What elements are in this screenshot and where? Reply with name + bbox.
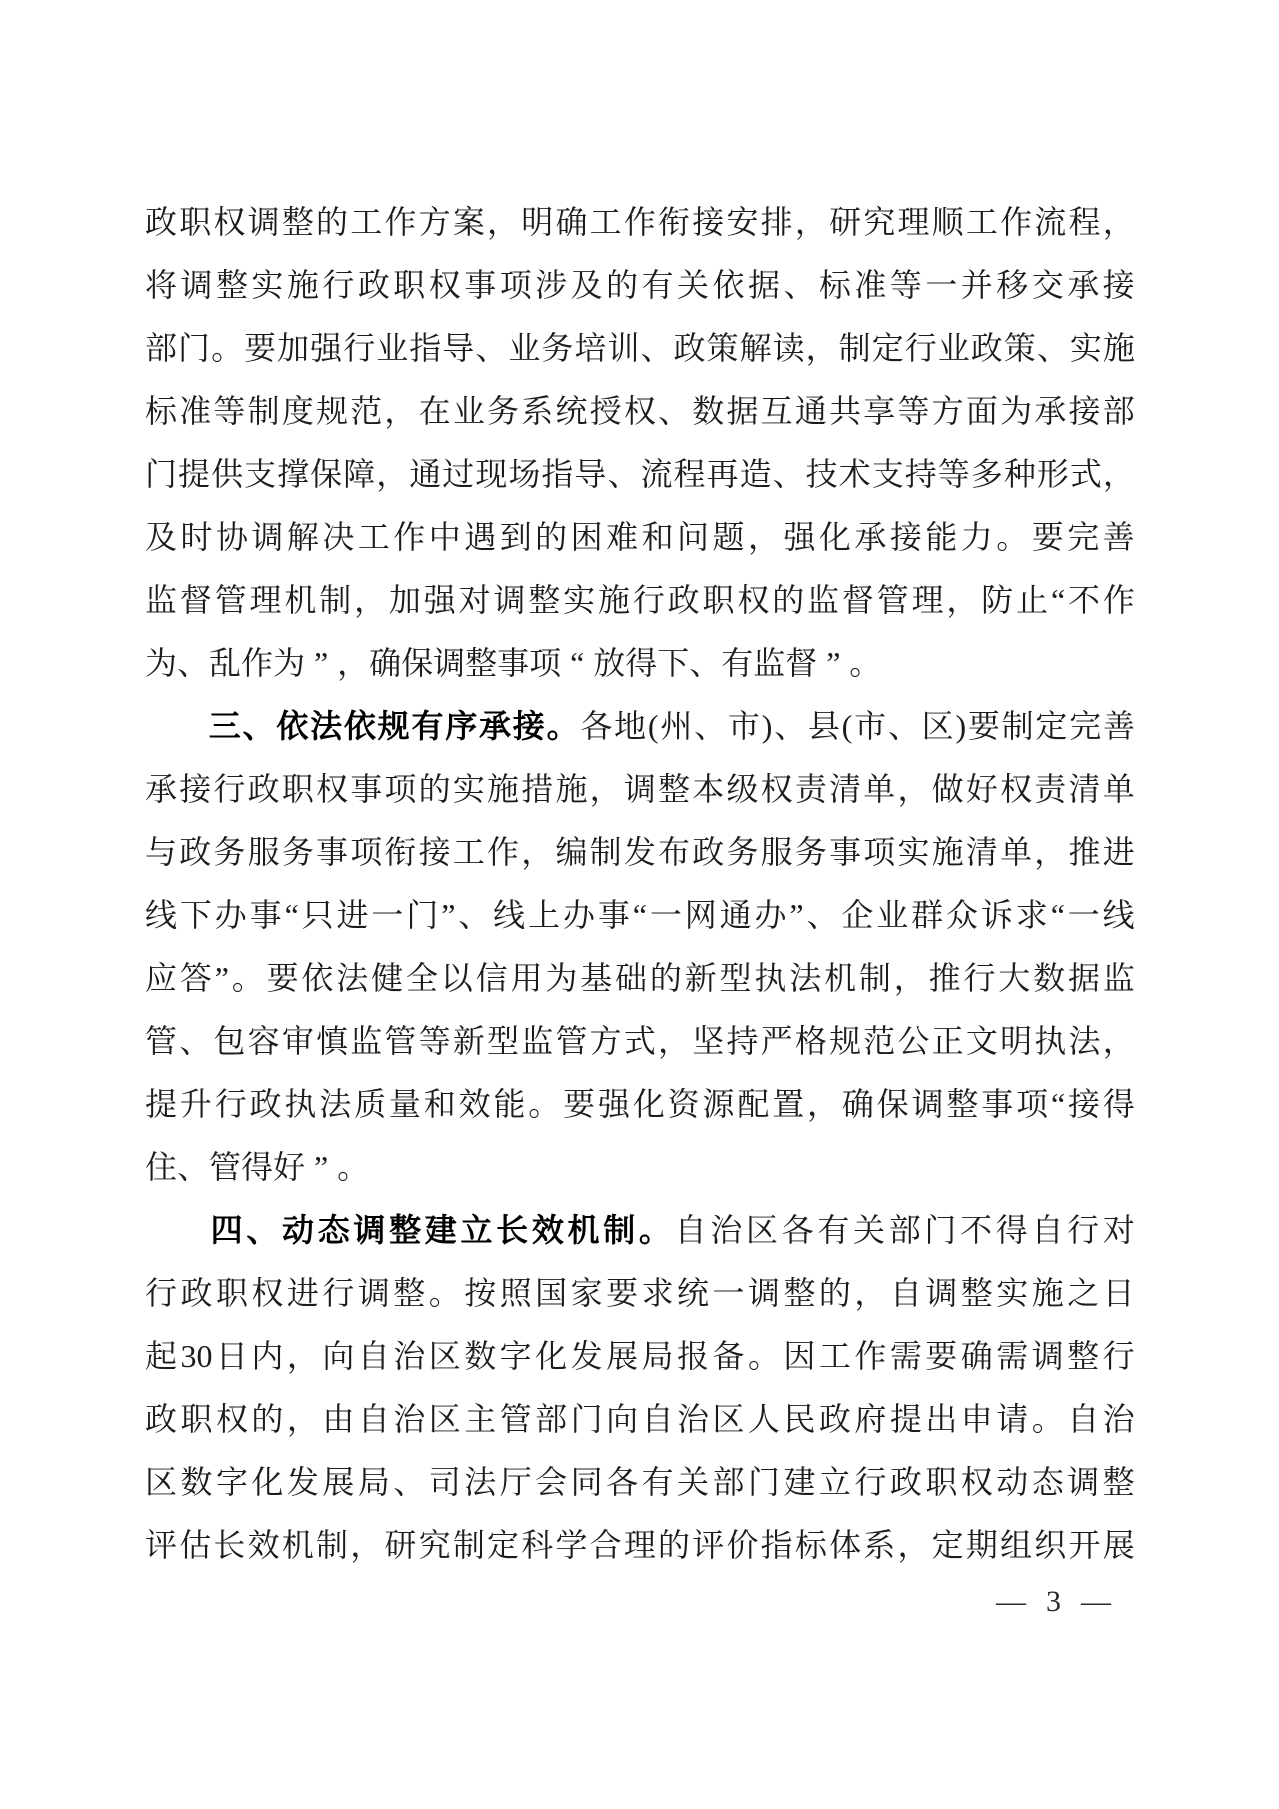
body-char: 权 — [761, 773, 793, 805]
body-char: 门 — [178, 332, 210, 364]
body-char: 有 — [721, 647, 753, 679]
text-line: 监督管理机制，加强对调整实施行政职权的监督管理，防止“不作 — [145, 568, 1135, 631]
body-char: ” — [817, 647, 849, 679]
body-char: 工 — [358, 521, 390, 553]
body-char: 理 — [624, 1529, 656, 1561]
body-char: 推 — [929, 962, 961, 994]
body-char: 政 — [179, 836, 211, 868]
body-char: 布 — [658, 836, 690, 868]
body-char: 线 — [1103, 899, 1135, 931]
body-char: 调 — [493, 584, 525, 616]
body-char: 究 — [419, 1529, 451, 1561]
body-char: ， — [354, 584, 386, 616]
text-line: 住、管得好”。 — [145, 1135, 1135, 1198]
body-char: 难 — [606, 521, 638, 553]
body-char: 要 — [1032, 521, 1064, 553]
body-char: 企 — [841, 899, 873, 931]
body-char: 级 — [726, 773, 758, 805]
body-char: 工 — [819, 1340, 851, 1372]
body-char: 通 — [720, 899, 752, 931]
text-line: 线下办事“只进一门”、线上办事“一网通办”、企业群众诉求“一线 — [145, 883, 1135, 946]
body-char: 定 — [932, 1529, 964, 1561]
body-char: 机 — [284, 584, 316, 616]
body-char: 作 — [393, 521, 425, 553]
body-char: ， — [350, 1529, 382, 1561]
body-char: 民 — [783, 1403, 815, 1435]
body-char: 化 — [633, 1088, 665, 1120]
body-char: 依 — [301, 962, 333, 994]
body-char: 行 — [963, 962, 995, 994]
body-char: 权 — [213, 206, 245, 238]
body-char: 策 — [1004, 332, 1036, 364]
body-char: 职 — [216, 1277, 248, 1309]
body-char: 。 — [1032, 1403, 1064, 1435]
body-char: 项 — [529, 647, 561, 679]
body-char: 主 — [464, 1403, 496, 1435]
body-char: 调 — [180, 269, 212, 301]
body-char: 事 — [981, 1088, 1013, 1120]
body-char: 。 — [748, 1340, 780, 1372]
body-char: 事 — [829, 836, 861, 868]
body-char: 需 — [890, 1340, 922, 1372]
body-char: 现 — [475, 458, 507, 490]
body-char: 范 — [350, 395, 382, 427]
body-char: 职 — [703, 584, 735, 616]
body-char: 政 — [971, 332, 1003, 364]
body-char: 权 — [961, 1466, 993, 1498]
body-char: 之 — [1067, 1277, 1099, 1309]
body-char: 人 — [748, 1403, 780, 1435]
body-char: 众 — [946, 899, 978, 931]
body-char: 对 — [1103, 1214, 1135, 1246]
body-char: 衔 — [658, 206, 690, 238]
body-char: 照 — [500, 1277, 532, 1309]
body-char: 障 — [343, 458, 375, 490]
body-char: 机 — [824, 962, 856, 994]
body-char: ， — [1103, 206, 1135, 238]
body-char: ， — [807, 1088, 839, 1120]
body-char: 基 — [580, 962, 612, 994]
body-char: 出 — [925, 1403, 957, 1435]
body-char: 为 — [1000, 395, 1032, 427]
body-char: ， — [854, 1277, 886, 1309]
body-char: 职 — [393, 269, 425, 301]
heading-char: 依 — [344, 710, 376, 742]
body-char: 调 — [1067, 1466, 1099, 1498]
body-char: 容 — [248, 1025, 280, 1057]
body-char: ” — [215, 962, 229, 994]
body-char: ， — [946, 584, 978, 616]
body-char: 各 — [782, 1214, 814, 1246]
body-char: 为 — [545, 962, 577, 994]
body-char: 完 — [1067, 521, 1099, 553]
body-char: 工 — [590, 206, 622, 238]
body-char: 在 — [419, 395, 451, 427]
body-char: 对 — [459, 584, 491, 616]
body-char: 政 — [674, 332, 706, 364]
body-char: 承 — [1067, 269, 1099, 301]
body-char: 置 — [772, 1088, 804, 1120]
body-char: 、 — [773, 458, 805, 490]
body-char: 完 — [1069, 710, 1101, 742]
body-char: 承 — [854, 521, 886, 553]
body-char: 项 — [384, 773, 416, 805]
body-char: 一 — [650, 899, 682, 931]
body-char: 法 — [789, 962, 821, 994]
body-char: 衔 — [384, 836, 416, 868]
body-char: 实 — [453, 773, 485, 805]
body-char: ， — [287, 1340, 319, 1372]
body-char: ， — [1034, 836, 1066, 868]
document-page: 政职权调整的工作方案，明确工作衔接安排，研究理顺工作流程，将调整实施行政职权事项… — [0, 0, 1279, 1809]
body-char: 一 — [713, 1277, 745, 1309]
body-char: 会 — [535, 1466, 567, 1498]
body-char: ， — [376, 458, 408, 490]
body-char: 行 — [215, 1088, 247, 1120]
body-char: 大 — [998, 962, 1030, 994]
text-block: 政职权调整的工作方案，明确工作衔接安排，研究理顺工作流程，将调整实施行政职权事项… — [145, 190, 1135, 1576]
body-char: 治 — [710, 1214, 742, 1246]
body-char: 方 — [590, 1025, 622, 1057]
body-char: 权 — [737, 584, 769, 616]
body-char: 加 — [389, 584, 421, 616]
body-char: 数 — [1033, 962, 1065, 994]
body-char: 展 — [1103, 1529, 1135, 1561]
body-char: 工 — [966, 206, 998, 238]
body-char: ” — [441, 899, 455, 931]
body-char: 及 — [571, 269, 603, 301]
body-char: 整 — [282, 206, 314, 238]
body-char: 部 — [145, 332, 177, 364]
body-char: 县 — [808, 710, 840, 742]
text-line: 提升行政执法质量和效能。要强化资源配置，确保调整事项“接得 — [145, 1072, 1135, 1135]
body-char: 政 — [668, 584, 700, 616]
body-char: 、 — [607, 458, 639, 490]
body-char: 有 — [817, 1214, 849, 1246]
body-char: 需 — [996, 1340, 1028, 1372]
body-char: “ — [1051, 899, 1065, 931]
body-char: 保 — [877, 1088, 909, 1120]
body-char: 权 — [1000, 773, 1032, 805]
body-char: 关 — [853, 1214, 885, 1246]
body-char: 接 — [419, 836, 451, 868]
body-char: 单 — [863, 773, 895, 805]
body-char: 支 — [872, 458, 904, 490]
body-char: 统 — [677, 1277, 709, 1309]
body-char: 报 — [677, 1340, 709, 1372]
body-char: 效 — [248, 1529, 280, 1561]
body-char: 行 — [213, 773, 245, 805]
body-char: 业 — [453, 395, 485, 427]
body-char: 接 — [179, 773, 211, 805]
body-char: ) — [955, 710, 966, 742]
body-char: 审 — [282, 1025, 314, 1057]
body-char: 事 — [497, 647, 529, 679]
body-char: 用 — [510, 962, 542, 994]
body-char: 、 — [179, 1025, 211, 1057]
body-char: 法 — [464, 1466, 496, 1498]
body-char: 提 — [145, 1088, 177, 1120]
body-char: 执 — [284, 1088, 316, 1120]
body-char: 究 — [863, 206, 895, 238]
body-char: 。 — [429, 1277, 461, 1309]
body-char: 政 — [180, 1277, 212, 1309]
body-char: 下 — [657, 647, 689, 679]
body-char: 务 — [726, 836, 758, 868]
body-char: ， — [521, 836, 553, 868]
body-char: 通 — [409, 458, 441, 490]
body-char: 。 — [528, 1088, 560, 1120]
body-char: 合 — [590, 1529, 622, 1561]
body-char: 慎 — [316, 1025, 348, 1057]
body-char: 规 — [829, 1025, 861, 1057]
body-char: 群 — [911, 899, 943, 931]
body-char: 决 — [322, 521, 354, 553]
body-char: 、 — [640, 332, 672, 364]
body-char: 依 — [713, 269, 745, 301]
body-char: 监 — [521, 1025, 553, 1057]
body-char: 整 — [946, 1088, 978, 1120]
body-char: 自 — [358, 1403, 390, 1435]
body-char: 通 — [795, 395, 827, 427]
body-char: 要 — [968, 710, 1000, 742]
body-char: 接 — [1068, 395, 1100, 427]
body-char: 案 — [453, 206, 485, 238]
body-char: 事 — [316, 836, 348, 868]
body-char: ” — [305, 647, 337, 679]
body-char: 接 — [1103, 269, 1135, 301]
body-char: 安 — [726, 206, 758, 238]
body-char: 标 — [795, 1529, 827, 1561]
body-char: 明 — [1000, 1025, 1032, 1057]
body-char: 严 — [761, 1025, 793, 1057]
body-char: 化 — [535, 1340, 567, 1372]
body-char: 定 — [1035, 710, 1067, 742]
body-char: 统 — [555, 395, 587, 427]
body-char: 能 — [925, 521, 957, 553]
body-char: 数 — [692, 395, 724, 427]
heading-char: 四 — [211, 1214, 243, 1246]
body-char: 止 — [1016, 584, 1048, 616]
body-char: 司 — [429, 1466, 461, 1498]
body-char: 区 — [713, 1403, 745, 1435]
body-char: 。 — [849, 647, 881, 679]
body-char: 管 — [555, 1025, 587, 1057]
body-char: 制 — [248, 395, 280, 427]
body-char: 管 — [384, 1025, 416, 1057]
body-char: 全 — [406, 962, 438, 994]
body-char: 有 — [642, 1466, 674, 1498]
page-number: —3— — [145, 1585, 1135, 1619]
body-char: 整 — [1067, 1340, 1099, 1372]
body-char: 读 — [773, 332, 805, 364]
body-char: 、 — [393, 1466, 425, 1498]
body-char: 督 — [785, 647, 817, 679]
body-char: 字 — [500, 1340, 532, 1372]
body-char: 发 — [287, 1466, 319, 1498]
body-char: 局 — [358, 1466, 390, 1498]
text-line: 政职权调整的工作方案，明确工作衔接安排，研究理顺工作流程， — [145, 190, 1135, 253]
body-char: 治 — [393, 1340, 425, 1372]
body-char: 础 — [615, 962, 647, 994]
body-char: 的 — [772, 584, 804, 616]
body-char: 格 — [795, 1025, 827, 1057]
body-char: 整 — [1103, 1466, 1135, 1498]
body-char: 关 — [677, 269, 709, 301]
text-line: 部门。要加强行业指导、业务培训、政策解读，制定行业政策、实施 — [145, 316, 1135, 379]
body-char: 等 — [890, 269, 922, 301]
body-char: 作 — [624, 206, 656, 238]
body-char: 作 — [384, 206, 416, 238]
body-char: 整 — [216, 269, 248, 301]
body-char: 权 — [429, 269, 461, 301]
body-char: 公 — [897, 1025, 929, 1057]
body-char: 治 — [1103, 1403, 1135, 1435]
body-char: 区 — [145, 1466, 177, 1498]
body-char: 再 — [707, 458, 739, 490]
body-char: 调 — [433, 647, 465, 679]
body-char: 、 — [783, 269, 815, 301]
body-char: 务 — [541, 332, 573, 364]
body-char: 编 — [555, 836, 587, 868]
body-char: 的 — [419, 773, 451, 805]
body-char: 得 — [1103, 1088, 1135, 1120]
body-char: 互 — [761, 395, 793, 427]
body-char: 保 — [310, 458, 342, 490]
body-char: 整 — [393, 1277, 425, 1309]
body-char: 务 — [213, 836, 245, 868]
body-char: 发 — [571, 1340, 603, 1372]
body-char: 流 — [1034, 206, 1066, 238]
body-char: 指 — [761, 1529, 793, 1561]
body-char: 训 — [607, 332, 639, 364]
page-number-dash-left: — — [996, 1585, 1026, 1619]
body-char: 制 — [316, 1529, 348, 1561]
body-char: 涉 — [535, 269, 567, 301]
body-char: 要 — [244, 332, 276, 364]
body-char: 调 — [748, 1277, 780, 1309]
body-char: 整 — [658, 773, 690, 805]
body-char: 厅 — [500, 1466, 532, 1498]
body-char: 调 — [925, 1277, 957, 1309]
text-line: 与政务服务事项衔接工作，编制发布政务服务事项实施清单，推进 — [145, 820, 1135, 883]
body-char: 事 — [598, 899, 630, 931]
body-char: 一 — [1068, 899, 1100, 931]
body-char: 进 — [287, 1277, 319, 1309]
body-char: 正 — [932, 1025, 964, 1057]
body-char: 质 — [354, 1088, 386, 1120]
body-char: 行 — [145, 1277, 177, 1309]
body-char: 不 — [1068, 584, 1100, 616]
body-char: 、 — [888, 710, 920, 742]
body-char: 效 — [459, 1088, 491, 1120]
body-char: 事 — [250, 899, 282, 931]
body-char: 下 — [180, 899, 212, 931]
body-char: 范 — [863, 1025, 895, 1057]
body-char: 立 — [819, 1466, 851, 1498]
body-char: 题 — [713, 521, 745, 553]
body-char: 等 — [897, 395, 929, 427]
body-char: 文 — [966, 1025, 998, 1057]
body-char: 实 — [251, 269, 283, 301]
body-char: 时 — [180, 521, 212, 553]
body-char: 为 — [145, 647, 177, 679]
body-char: 制 — [319, 584, 351, 616]
body-char: 到 — [500, 521, 532, 553]
body-char: 求 — [642, 1277, 674, 1309]
body-char: 权 — [624, 395, 656, 427]
heading-char: 、 — [246, 1214, 278, 1246]
body-char: 保 — [401, 647, 433, 679]
body-char: 督 — [842, 584, 874, 616]
body-char: 长 — [213, 1529, 245, 1561]
body-char: 门 — [748, 1466, 780, 1498]
body-char: 据 — [726, 395, 758, 427]
body-char: 、 — [1037, 332, 1069, 364]
body-char: 事 — [464, 269, 496, 301]
body-char: 要 — [563, 1088, 595, 1120]
body-char: 包 — [213, 1025, 245, 1057]
body-char: 得 — [625, 647, 657, 679]
body-char: 调 — [912, 1088, 944, 1120]
body-char: 要 — [267, 962, 299, 994]
body-char: 准 — [179, 395, 211, 427]
body-char: 建 — [783, 1466, 815, 1498]
body-char: 持 — [726, 1025, 758, 1057]
body-char: 业 — [508, 332, 540, 364]
body-char: 各 — [606, 1466, 638, 1498]
body-char: 区 — [429, 1340, 461, 1372]
body-char: 接 — [890, 521, 922, 553]
heading-char: 。 — [639, 1214, 671, 1246]
heading-char: 动 — [282, 1214, 314, 1246]
body-char: 管 — [500, 1403, 532, 1435]
body-char: 行 — [1103, 1340, 1135, 1372]
body-char: ， — [384, 395, 416, 427]
body-char: 形 — [1037, 458, 1069, 490]
body-char: 导 — [442, 332, 474, 364]
body-char: 为 — [273, 647, 305, 679]
body-char: 向 — [322, 1340, 354, 1372]
body-char: “ — [1051, 584, 1065, 616]
body-char: 部 — [889, 1214, 921, 1246]
page-number-value: 3 — [1046, 1585, 1061, 1619]
body-char: 开 — [1068, 1529, 1100, 1561]
body-char: 评 — [145, 1529, 177, 1561]
heading-char: 接 — [513, 710, 545, 742]
body-char: 确 — [842, 1088, 874, 1120]
page-number-dash-right: — — [1081, 1585, 1111, 1619]
heading-char: 立 — [460, 1214, 492, 1246]
body-char: 治 — [393, 1403, 425, 1435]
body-char: 共 — [829, 395, 861, 427]
heading-char: 。 — [547, 710, 579, 742]
body-char: 授 — [590, 395, 622, 427]
body-char: 态 — [1032, 1466, 1064, 1498]
text-line: 区数字化发展局、司法厅会同各有关部门建立行政职权动态调整 — [145, 1450, 1135, 1513]
body-char: 升 — [180, 1088, 212, 1120]
body-char: 中 — [429, 521, 461, 553]
text-line: 门提供支撑保障，通过现场指导、流程再造、技术支持等多种形式， — [145, 442, 1135, 505]
body-char: 办 — [563, 899, 595, 931]
body-char: 职 — [925, 1466, 957, 1498]
body-char: 享 — [863, 395, 895, 427]
heading-char: 建 — [425, 1214, 457, 1246]
body-char: 项 — [500, 269, 532, 301]
body-char: 各 — [580, 710, 612, 742]
body-char: 定 — [487, 1529, 519, 1561]
body-char: 式 — [624, 1025, 656, 1057]
